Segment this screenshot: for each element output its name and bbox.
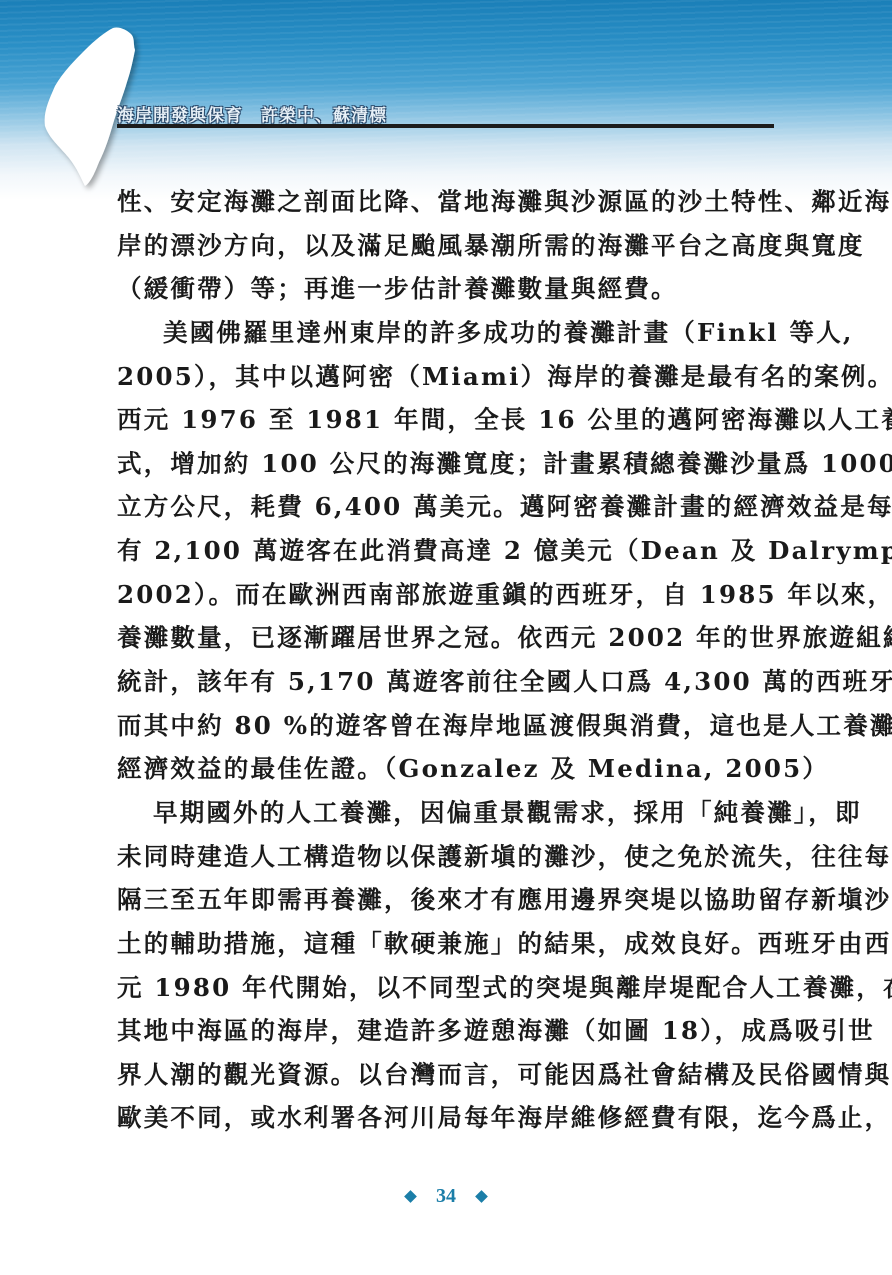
text-line: 2005），其中以邁阿密（Miami）海岸的養灘是最有名的案例。在 <box>117 355 777 399</box>
text-line: 土的輔助措施，這種「軟硬兼施」的結果，成效良好。西班牙由西 <box>117 922 777 966</box>
text-line: 而其中約 80 %的遊客曾在海岸地區渡假與消費，這也是人工養灘 <box>117 704 777 748</box>
diamond-icon <box>404 1190 417 1203</box>
page-footer: 34 <box>0 1184 892 1208</box>
header-rule <box>117 124 774 128</box>
text-line: 養灘數量，已逐漸躍居世界之冠。依西元 2002 年的世界旅遊組織 <box>117 616 777 660</box>
running-header-title: 海岸開發與保育 許榮中、蘇清標 <box>117 101 387 123</box>
diamond-icon <box>475 1190 488 1203</box>
text-line: 元 1980 年代開始，以不同型式的突堤與離岸堤配合人工養灘，在 <box>117 966 777 1010</box>
paragraph-start-line: 早期國外的人工養灘，因偏重景觀需求，採用「純養灘」，即 <box>117 791 777 835</box>
text-line: 2002）。而在歐洲西南部旅遊重鎭的西班牙，自 1985 年以來，其 <box>117 573 777 617</box>
text-line: （緩衝帶）等；再進一步估計養灘數量與經費。 <box>117 267 777 311</box>
text-line: 式，增加約 100 公尺的海灘寬度；計畫累積總養灘沙量爲 1000 萬 <box>117 442 777 486</box>
text-line: 統計，該年有 5,170 萬遊客前往全國人口爲 4,300 萬的西班牙旅遊， <box>117 660 777 704</box>
text-line: 性、安定海灘之剖面比降、當地海灘與沙源區的沙土特性、鄰近海 <box>117 180 777 224</box>
page-number: 34 <box>436 1185 456 1207</box>
text-line: 界人潮的觀光資源。以台灣而言，可能因爲社會結構及民俗國情與 <box>117 1053 777 1097</box>
text-line: 西元 1976 至 1981 年間，全長 16 公里的邁阿密海灘以人工養灘方 <box>117 398 777 442</box>
text-line: 未同時建造人工構造物以保護新塡的灘沙，使之免於流失，往往每 <box>117 835 777 879</box>
text-line: 立方公尺，耗費 6,400 萬美元。邁阿密養灘計畫的經濟效益是每年 <box>117 485 777 529</box>
text-line: 有 2,100 萬遊客在此消費高達 2 億美元（Dean 及 Dalrymple… <box>117 529 777 573</box>
body-text: 性、安定海灘之剖面比降、當地海灘與沙源區的沙土特性、鄰近海 岸的漂沙方向，以及滿… <box>117 180 777 1140</box>
paragraph-start-line: 美國佛羅里達州東岸的許多成功的養灘計畫（Finkl 等人, <box>117 311 777 355</box>
text-line: 歐美不同，或水利署各河川局每年海岸維修經費有限，迄今爲止， <box>117 1096 777 1140</box>
text-line: 岸的漂沙方向，以及滿足颱風暴潮所需的海灘平台之高度與寬度 <box>117 224 777 268</box>
text-line: 隔三至五年即需再養灘，後來才有應用邊界突堤以協助留存新塡沙 <box>117 878 777 922</box>
text-line: 經濟效益的最佳佐證。（Gonzalez 及 Medina, 2005） <box>117 747 777 791</box>
text-line: 其地中海區的海岸，建造許多遊憩海灘（如圖 18），成爲吸引世 <box>117 1009 777 1053</box>
